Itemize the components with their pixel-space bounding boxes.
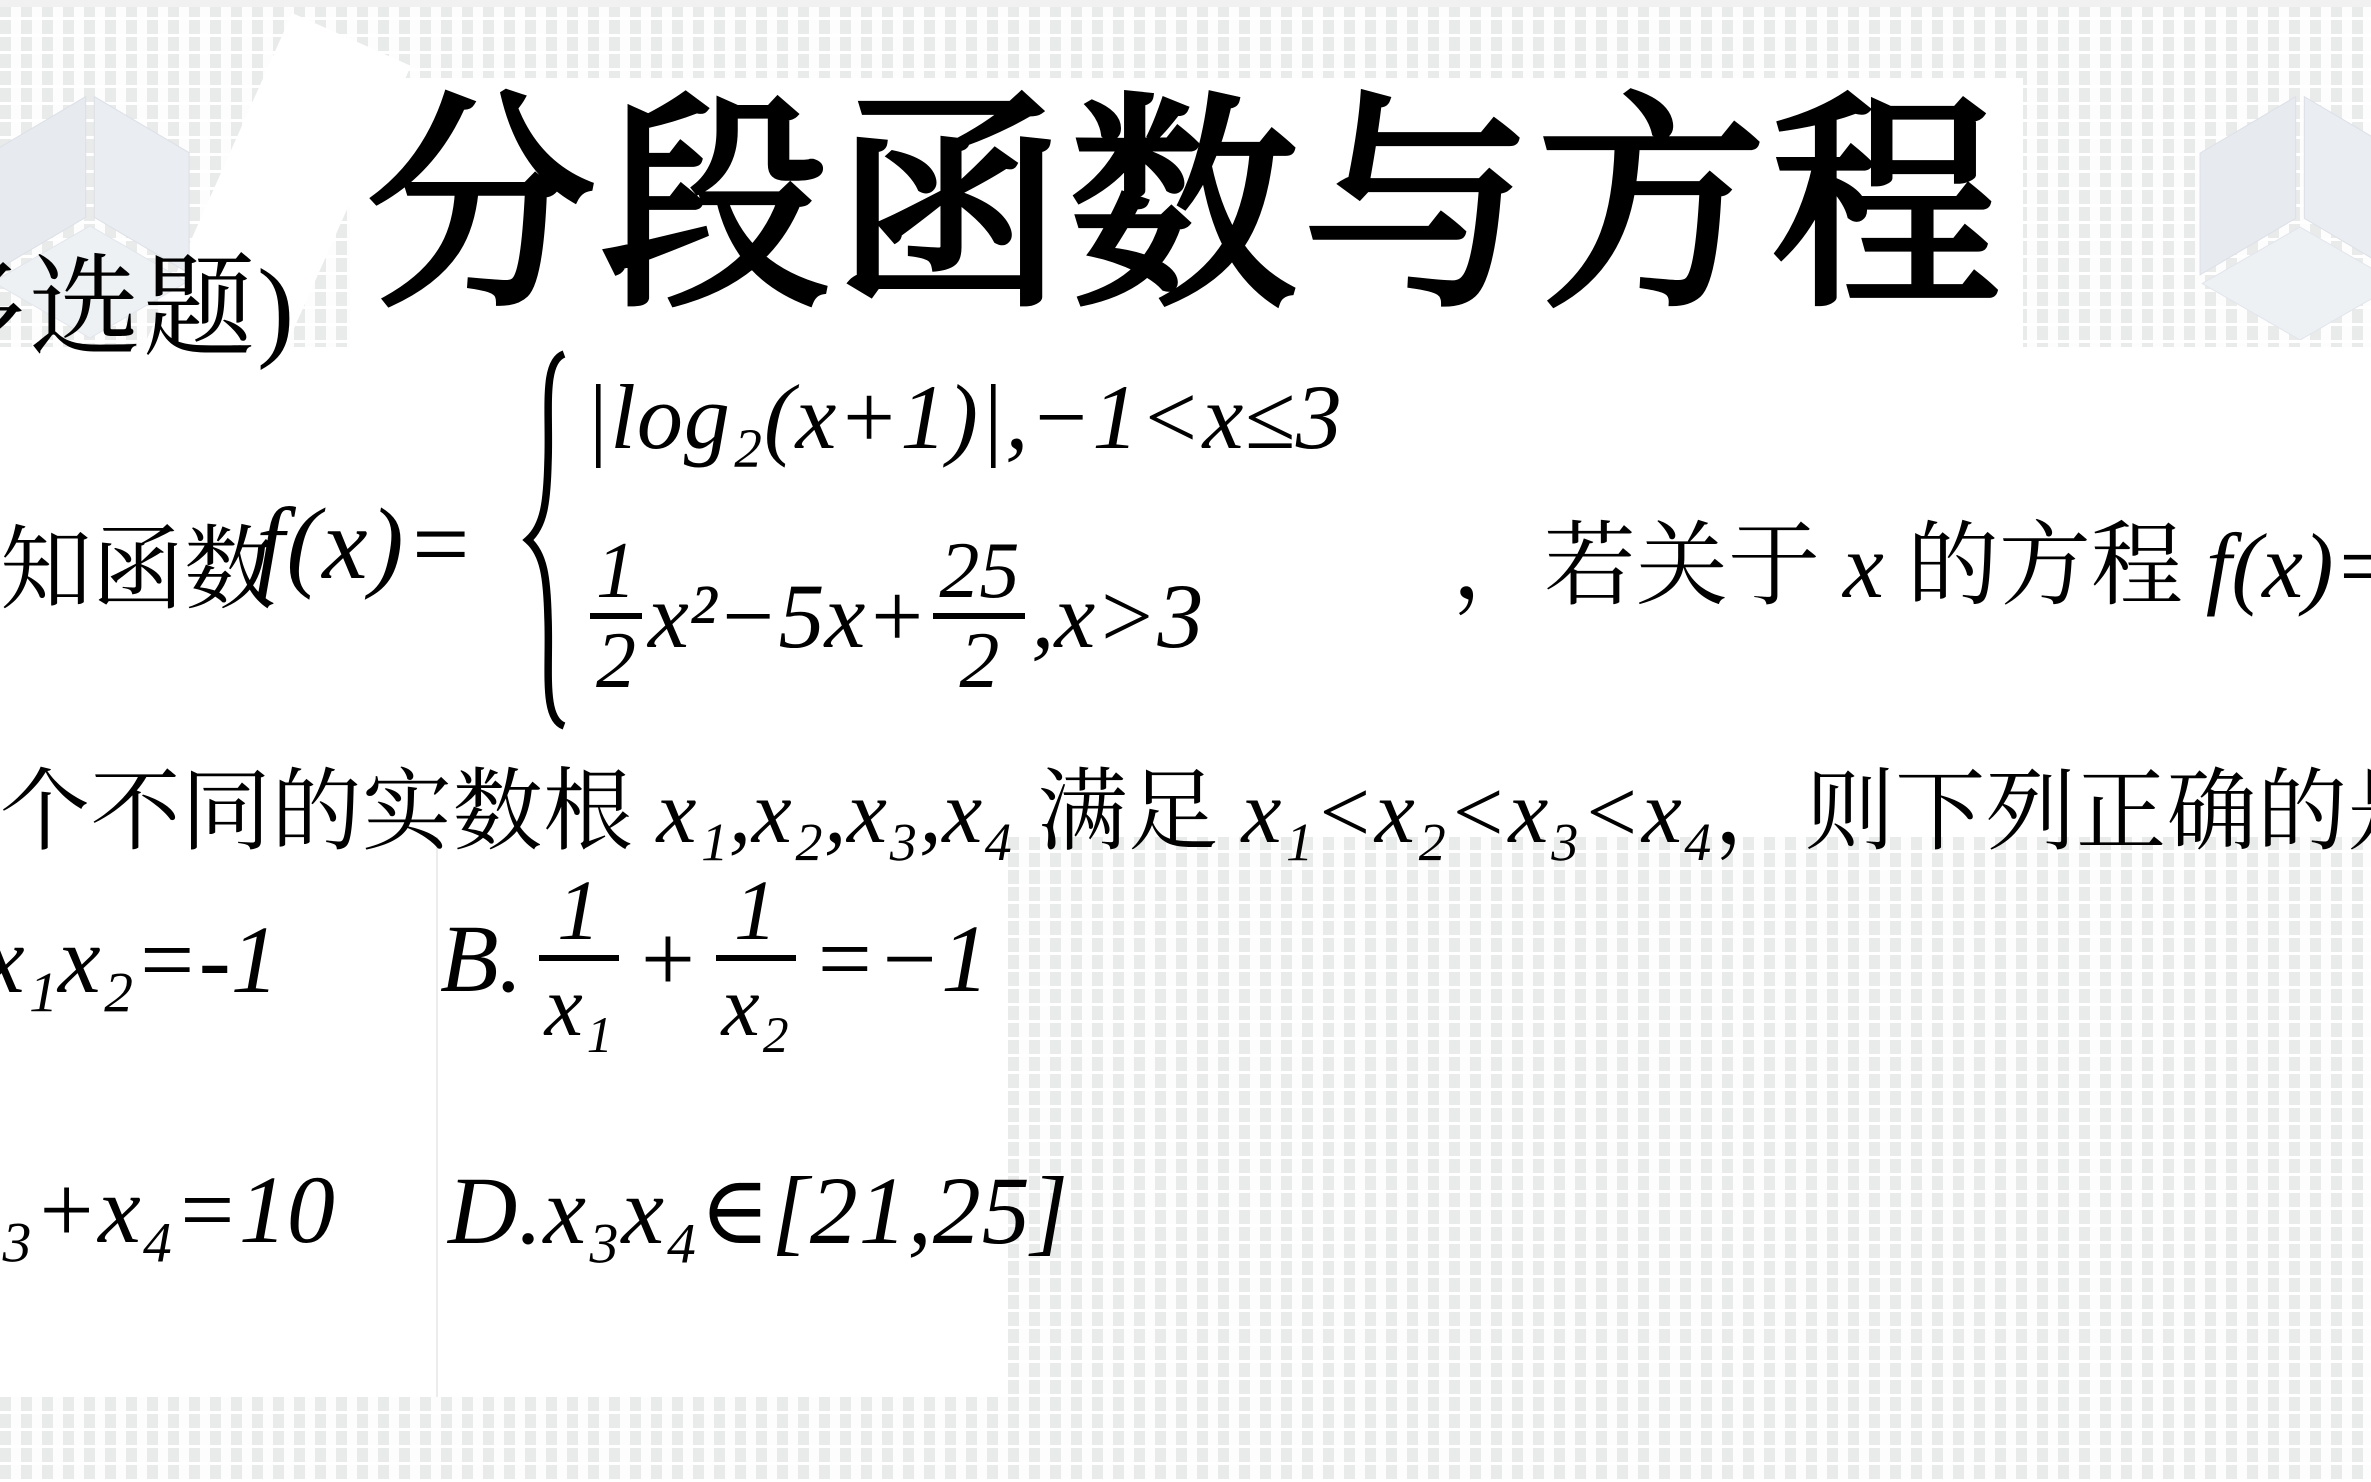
cube-decoration-right bbox=[2170, 88, 2371, 345]
cube-icon bbox=[2170, 88, 2371, 340]
problem-continuation: ，若关于 x 的方程 f(x)=m bbox=[1452, 492, 2371, 624]
fraction-1-over-x2: 1 x₂ bbox=[716, 865, 796, 1052]
fraction-denominator: 2 bbox=[590, 619, 642, 703]
text-run: ，则下列正确的是( bbox=[1714, 763, 2371, 862]
fraction-numerator: 1 bbox=[728, 865, 783, 955]
fraction-numerator: 1 bbox=[590, 529, 642, 613]
fraction-one-half: 1 2 bbox=[590, 529, 642, 703]
piecewise-brace bbox=[518, 350, 570, 735]
curly-brace-icon bbox=[518, 350, 570, 730]
problem-lead-text: 知函数 bbox=[0, 496, 276, 628]
page-title: 分段函数与方程 bbox=[350, 78, 2023, 347]
text-run: 的方程 bbox=[1884, 515, 2206, 617]
fraction-numerator: 1 bbox=[551, 865, 606, 955]
fraction-denominator: 2 bbox=[953, 619, 1005, 703]
plus-sign: + bbox=[635, 903, 700, 1014]
branch-2-condition: ,x>3 bbox=[1031, 563, 1203, 669]
roots-ordering: x₁<x₂<x₃<x₄ bbox=[1241, 763, 1714, 862]
text-run: ，若关于 bbox=[1452, 515, 1843, 617]
branch-2-middle: x²−5x+ bbox=[648, 563, 927, 669]
fraction-25-over-2: 25 2 bbox=[933, 529, 1025, 703]
option-a: x₁x₂=-1 bbox=[0, 904, 279, 1015]
option-b: B. 1 x₁ + 1 x₂ =−1 bbox=[440, 842, 989, 1074]
slide-page: 分段函数与方程 多选题) 知函数 f(x)= |log₂(x+1)|,−1<x≤… bbox=[0, 0, 2371, 1482]
function-notation: f(x)= bbox=[256, 486, 476, 603]
piecewise-branch-1: |log₂(x+1)|,−1<x≤3 bbox=[584, 364, 1343, 470]
option-b-label: B. bbox=[440, 903, 523, 1014]
fraction-denominator: x₂ bbox=[716, 961, 796, 1051]
top-edge-strip bbox=[0, 0, 2371, 7]
option-c: ₃+x₄=10 bbox=[0, 1154, 335, 1265]
text-run: 满足 bbox=[1014, 763, 1241, 862]
problem-line-2: 个不同的实数根 x₁,x₂,x₃,x₄ 满足 x₁<x₂<x₃<x₄，则下列正确… bbox=[0, 738, 2371, 868]
question-type-label: 多选题) bbox=[0, 218, 296, 379]
equals-minus-one: =−1 bbox=[812, 903, 990, 1014]
variable-x: x bbox=[1843, 515, 1884, 617]
fraction-denominator: x₁ bbox=[539, 961, 619, 1051]
fraction-1-over-x1: 1 x₁ bbox=[539, 865, 619, 1052]
equation-fx-equals-m: f(x)=m bbox=[2206, 515, 2371, 617]
option-d: D.x₃x₄∈[21,25] bbox=[448, 1154, 1069, 1266]
fraction-numerator: 25 bbox=[933, 529, 1025, 613]
title-band: 分段函数与方程 bbox=[350, 78, 2023, 347]
piecewise-branch-2: 1 2 x²−5x+ 25 2 ,x>3 bbox=[584, 514, 1203, 718]
